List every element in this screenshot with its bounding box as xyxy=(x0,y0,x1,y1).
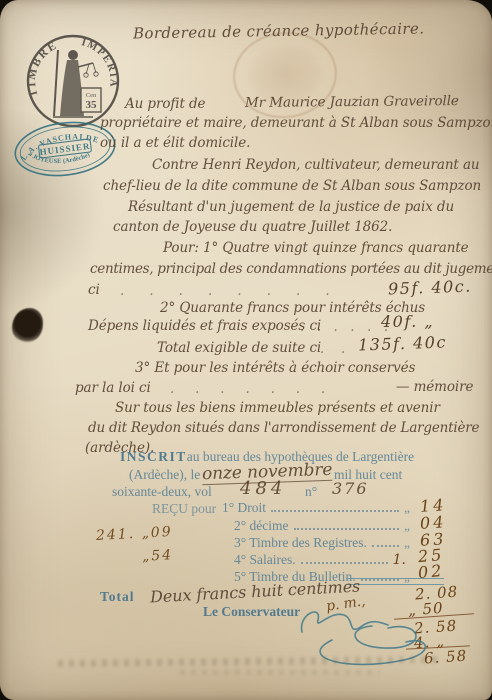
inscription-line-2-pre: (Ardèche), le xyxy=(129,467,200,483)
total-label: Total xyxy=(100,589,135,605)
dot-leader-4: . . . . . . . xyxy=(170,381,325,397)
line-resultant: Résultant d'un jugement de la justice de… xyxy=(128,199,454,215)
dot-leader-fee-2 xyxy=(294,528,399,530)
line-par-la-loi: par la loi ci xyxy=(75,380,151,396)
line-depens: Dépens liquidés et frais exposés ci xyxy=(88,318,321,334)
inscription-vol-value: 484 xyxy=(240,478,286,499)
document-photo: Bordereau de créance hypothécaire. TIMBR… xyxy=(0,0,492,700)
amount-memoire: — mémoire xyxy=(396,379,473,395)
line-domicile: où il a et élit domicile. xyxy=(100,135,250,151)
amount-interets: 40f. „ xyxy=(381,312,434,331)
fee-row-salaires: 4° Salaires. 1. xyxy=(234,552,406,568)
line-total-exigible: Total exigible de suite ci xyxy=(157,340,321,356)
dot-leader-fee-4 xyxy=(301,562,388,564)
line-du-dit: du dit Reydon situés dans l'arrondisseme… xyxy=(88,420,479,436)
line-beneficiary: Mr Maurice Jauzian Graveirolle xyxy=(245,93,459,111)
fee-row-droit: 1° Droit „ xyxy=(222,500,410,516)
dot-leader-2: . . . . . . xyxy=(300,319,388,335)
line-au-profit: Au profit de xyxy=(125,96,205,112)
inscription-num-value: 376 xyxy=(332,479,369,498)
inscription-num-label: n° xyxy=(305,484,317,500)
line-chef-lieu: chef-lieu de la dite commune de St Alban… xyxy=(103,178,481,194)
dot-leader-fee-3 xyxy=(372,545,399,547)
line-proprietaire: propriétaire et maire, demeurant à St Al… xyxy=(100,115,492,131)
amount-total-exigible: 135f. 40c xyxy=(358,332,447,354)
fee-label-droit: 1° Droit xyxy=(222,500,266,516)
fee-sep-3: „ xyxy=(404,535,410,551)
line-canton: canton de Joyeuse du quatre Juillet 1862… xyxy=(113,219,392,235)
inscrit-word: INSCRIT xyxy=(120,449,187,464)
dot-leader-fee-1 xyxy=(271,510,399,512)
line-ci: ci xyxy=(88,282,100,298)
fee-sep-4: 1. xyxy=(393,552,406,568)
fee-sep-1: „ xyxy=(404,500,410,516)
recu-pour-label: REÇU pour xyxy=(152,501,216,517)
fee-label-timbre-registres: 3° Timbre des Registres. xyxy=(234,535,367,551)
line-pour-3: 3° Et pour les intérêts à échoir conserv… xyxy=(135,360,415,376)
bleed-through-text-2 xyxy=(180,670,380,675)
amount-principal: 95f. 40c. xyxy=(388,277,472,299)
conservateur-label: Le Conservateur xyxy=(203,604,300,620)
margin-note-2: „54 xyxy=(142,547,174,565)
dot-leader-1: . . . . . . . . xyxy=(120,283,330,299)
dot-leader-3: . . xyxy=(320,341,345,357)
line-contre: Contre Henri Reydon, cultivateur, demeur… xyxy=(152,157,479,173)
line-centimes: centimes, principal des condamnations po… xyxy=(90,261,492,277)
stamp-denom-value: 35 xyxy=(86,99,98,111)
inscription-line-3-pre: soixante-deux, vol xyxy=(112,484,212,500)
stamp-denom-label: Cen xyxy=(86,92,97,99)
line-pour-1: Pour: 1° Quatre vingt quinze francs quar… xyxy=(163,240,469,256)
fee-row-timbre-registres: 3° Timbre des Registres. „ xyxy=(234,535,410,551)
fee-sep-2: „ xyxy=(404,518,410,534)
fee-row-decime: 2° décime „ xyxy=(234,518,410,534)
line-sur-tous: Sur tous les biens immeubles présents et… xyxy=(115,400,440,416)
fee-label-salaires: 4° Salaires. xyxy=(234,552,296,568)
fee-label-decime: 2° décime xyxy=(234,518,289,534)
